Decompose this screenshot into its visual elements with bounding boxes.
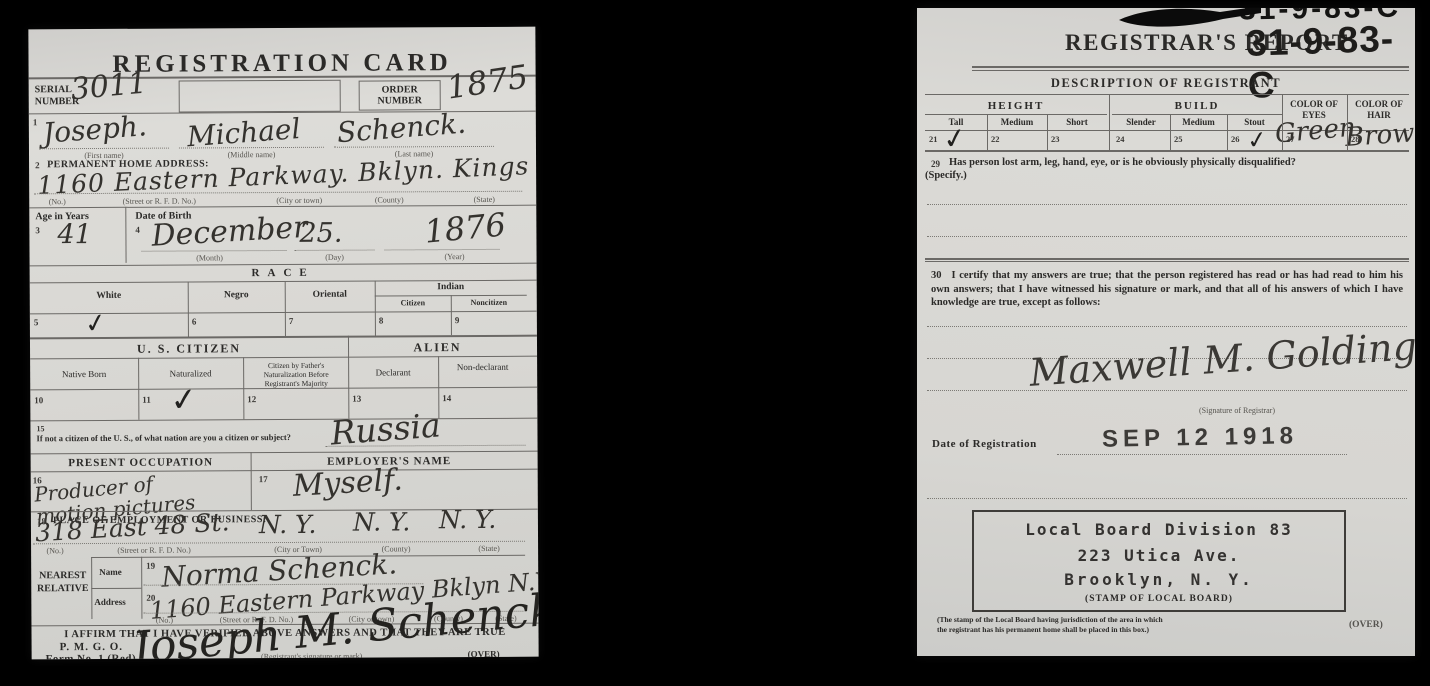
rule [972, 70, 1409, 71]
height-col-short: Short [1047, 117, 1107, 127]
us-citizen-header: U. S. CITIZEN [30, 341, 348, 358]
rule [31, 451, 538, 455]
employment-sublabel-no: (No.) [37, 546, 73, 555]
registrar-signature: Maxwell M. Goldinger [1028, 321, 1415, 395]
race-number-9: 9 [455, 315, 460, 325]
race-col-white: White [30, 291, 188, 302]
field-number-3: 3 [35, 225, 40, 235]
order-number-box: ORDER NUMBER [359, 80, 441, 110]
employment-sublabel-state: (State) [459, 544, 519, 553]
dob-day-value: 25. [299, 218, 342, 249]
number-23: 23 [1051, 134, 1060, 144]
field-number-15: 15 [36, 424, 44, 433]
write-line [326, 445, 526, 447]
rule [972, 66, 1409, 68]
address-sublabel-city: (City or town) [254, 196, 344, 205]
rule [925, 258, 1409, 260]
order-number-label: ORDER NUMBER [360, 84, 440, 106]
number-26: 26 [1231, 134, 1240, 144]
number-22: 22 [991, 134, 1000, 144]
dob-sublabel-month: (Month) [160, 253, 260, 263]
race-number-8: 8 [379, 315, 384, 325]
alien-col-declarant: Declarant [348, 367, 438, 377]
build-col-slender: Slender [1112, 117, 1170, 127]
certification-text: I certify that my answers are true; that… [931, 270, 1403, 308]
local-board-line3: Brooklyn, N. Y. [974, 570, 1344, 589]
race-col-indian-citizen: Citizen [375, 298, 451, 307]
employment-county-value: N. Y. [353, 507, 411, 536]
employment-city-value: N. Y. [259, 510, 317, 539]
citizen-number-10: 10 [34, 395, 43, 405]
stamp-of-local-board-caption: (STAMP OF LOCAL BOARD) [974, 594, 1344, 604]
certification-paragraph: 30I certify that my answers are true; th… [931, 269, 1403, 310]
write-line [927, 204, 1407, 205]
form-id-line1: P. M. G. O. [60, 641, 124, 653]
citizen-number-12: 12 [247, 394, 256, 404]
race-col-indian-noncitizen: Noncitizen [451, 298, 527, 307]
height-header: HEIGHT [925, 100, 1107, 112]
over-label: (OVER) [468, 649, 500, 659]
age-value: 41 [57, 219, 92, 250]
relative-address-label: Address [94, 597, 125, 607]
employer-value: Myself. [292, 463, 404, 504]
write-line [334, 146, 494, 148]
alien-header: ALIEN [348, 340, 527, 356]
dob-year-value: 1876 [423, 205, 508, 250]
rule [91, 588, 141, 589]
alien-col-nondeclarant: Non-declarant [438, 362, 527, 373]
divider [125, 207, 126, 263]
divider [987, 114, 988, 150]
rule [31, 469, 538, 473]
description-title: DESCRIPTION OF REGISTRANT [917, 76, 1415, 91]
write-line [927, 236, 1407, 237]
rule [30, 387, 537, 391]
race-number-5: 5 [34, 317, 39, 327]
citizen-col-father: Citizen by Father's Naturalization Befor… [246, 361, 346, 389]
dob-sublabel-year: (Year) [415, 252, 495, 261]
race-col-negro: Negro [188, 290, 285, 301]
write-line [39, 148, 169, 150]
hair-color-value: Brown [1344, 117, 1415, 153]
write-line [927, 390, 1407, 391]
build-header: BUILD [1112, 100, 1282, 112]
race-col-oriental: Oriental [285, 290, 375, 300]
stamp-note-line1: (The stamp of the Local Board having jur… [937, 615, 1163, 624]
rule [30, 418, 537, 422]
employment-state-value: N. Y. [439, 505, 497, 534]
field-number-19: 19 [146, 561, 155, 571]
divider [1047, 114, 1048, 150]
employment-sublabel-street: (Street or R. F. D. No.) [79, 545, 229, 555]
dob-month-value: December [151, 210, 309, 254]
address-sublabel-county: (County) [354, 195, 424, 204]
divider [451, 295, 452, 335]
divider [1170, 114, 1171, 150]
date-stamp: SEP 12 1918 [1102, 422, 1298, 453]
local-board-stamp-box: Local Board Division 83 223 Utica Ave. B… [972, 510, 1346, 612]
relative-name-label: Name [99, 567, 122, 577]
divider [1227, 114, 1228, 150]
dob-sublabel-day: (Day) [305, 253, 365, 262]
rule [925, 150, 1409, 152]
nearest-relative-label: NEAREST RELATIVE [35, 569, 90, 595]
stamp-note-line2: the registrant has his permanent home sh… [937, 625, 1149, 634]
address-sublabel-street: (Street or R. F. D. No.) [84, 196, 234, 206]
local-board-line1: Local Board Division 83 [974, 520, 1344, 539]
registration-card: REGISTRATION CARD SERIAL NUMBER 3011 ORD… [28, 27, 538, 660]
write-line [142, 250, 287, 252]
specify-label: (Specify.) [925, 170, 967, 181]
rule [1112, 114, 1282, 115]
disqualified-question: Has person lost arm, leg, hand, eye, or … [949, 157, 1296, 168]
divider [1347, 94, 1348, 150]
registrars-report-card: 31-9-83-C REGISTRAR'S REPORT 31-9-83-C D… [917, 8, 1415, 656]
registrar-signature-sublabel: (Signature of Registrar) [1157, 406, 1317, 415]
divider [1282, 94, 1283, 150]
write-line [927, 498, 1407, 499]
height-col-medium: Medium [987, 117, 1047, 127]
rule [925, 261, 1409, 262]
citizen-col-native: Native Born [30, 369, 138, 380]
number-25: 25 [1174, 134, 1183, 144]
number-21: 21 [929, 134, 938, 144]
race-number-6: 6 [192, 316, 197, 326]
middle-box [179, 80, 341, 113]
divider [243, 357, 244, 419]
rule [30, 311, 537, 315]
field-number-17: 17 [259, 474, 268, 484]
date-of-registration-label: Date of Registration [932, 438, 1037, 450]
citizen-col-naturalized: Naturalized [138, 368, 243, 379]
write-line [927, 326, 1407, 327]
over-label: (OVER) [1349, 620, 1383, 630]
first-name-value: Joseph. [42, 109, 148, 150]
scan-background: REGISTRATION CARD SERIAL NUMBER 3011 ORD… [0, 0, 1430, 686]
divider [138, 358, 139, 420]
race-number-7: 7 [289, 316, 294, 326]
race-col-indian: Indian [375, 282, 527, 293]
citizen-number-13: 13 [352, 394, 361, 404]
field-number-4: 4 [135, 225, 140, 235]
field-number-29: 29 [931, 159, 940, 169]
address-sublabel-no: (No.) [37, 197, 77, 206]
address-sublabel-state: (State) [454, 195, 514, 204]
build-col-medium: Medium [1170, 117, 1227, 127]
race-title: RACE [30, 266, 537, 281]
last-name-value: Schenck. [336, 107, 467, 150]
field-number-30: 30 [931, 270, 942, 281]
citizenship-question: If not a citizen of the U. S., of what n… [36, 432, 290, 443]
rule [925, 114, 1107, 115]
citizen-number-14: 14 [442, 393, 451, 403]
naturalized-checkmark: ✓ [168, 379, 199, 420]
number-24: 24 [1116, 134, 1125, 144]
serial-number-value: 3011 [69, 65, 148, 107]
field-number-2: 2 [35, 160, 40, 170]
field-number-1: 1 [33, 117, 38, 127]
divider [141, 557, 142, 619]
local-board-line2: 223 Utica Ave. [974, 546, 1344, 565]
write-line [385, 249, 500, 251]
form-id-line2: Form No. 1 (Red) [46, 653, 137, 660]
write-line [295, 250, 375, 251]
divider [1109, 94, 1110, 150]
citizen-number-11: 11 [142, 395, 151, 405]
rule [925, 94, 1409, 95]
write-line [1057, 454, 1347, 455]
